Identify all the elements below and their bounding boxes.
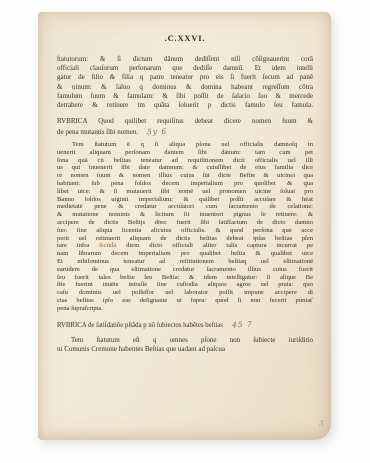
text-line: ſona quā cū beſtias teneatur ad requiſit… (57, 157, 313, 165)
text-line: Tem ſtatutum ē q ſi aliqua pſona uel off… (57, 141, 313, 149)
text-line: ctas beſtias ipſo eas deſignante ut ſupr… (57, 297, 313, 305)
text-line: re nomen ſuum & nomen illius cuius ſūt d… (57, 172, 313, 180)
text-line: libet uice: & ſi mutauerit ſibi nomē uel… (57, 188, 313, 196)
pencil-folio-number: 3 (319, 418, 324, 428)
text-line: & uinum: & ſaluo q dominus & domina habe… (57, 83, 313, 92)
text-line: detrahere & retinere tm quāta ſoluerit p… (57, 101, 313, 110)
text-line: ſeu fuerit tales beſtie ſeu Beſtia: & id… (57, 274, 313, 282)
page-heading: .C.XXVI. (57, 33, 313, 43)
text-line: uenerit aliquam perſonam dantem ſibi dān… (57, 149, 313, 157)
text-line: officiali clauſorum perſonarum que dediſ… (57, 64, 313, 73)
text-line: ſtie fuerint inuēte intraſſe ſine cuſtod… (57, 281, 313, 289)
paragraph-1: ſtatutorum: & ſi dictum dānum dediſſent … (57, 55, 313, 110)
text-line: nam librarum decem imperialium pro quali… (57, 250, 313, 258)
red-line-suffix: diem dicto officiali aliter talis captur… (116, 242, 313, 249)
ink-annotation-2: 45 7 (232, 320, 253, 330)
text-line: gatur de filio & filia q patre teneatur … (57, 73, 313, 82)
rubric-1: RVBRICA Quod quilibet requiſitus debeat … (57, 117, 313, 137)
paragraph-3: Tem ſtatutum eſt q omnes pſone non ſubie… (57, 336, 313, 354)
red-line-prefix: tare infra (57, 242, 99, 249)
text-line: ni Comunis Cremone habentes Beſtias que … (57, 345, 313, 354)
rubricated-word: ſecūdā (99, 242, 116, 249)
photo-backdrop: .C.XXVI. ſtatutorum: & ſi dictum dānum d… (0, 0, 370, 463)
text-line: & mutatione nominis & licitum ſit inuent… (57, 211, 313, 219)
text-line: ſuo: ſine aliqua licentia alicuius offic… (57, 227, 313, 235)
text-line: earūdem de qua eſtimatione credatur ſacr… (57, 266, 313, 274)
text-line: Et nihilominus teneatur ad reſtitutionem… (57, 258, 313, 266)
text-line: habitant: ſub pena ſoldos decem imperial… (57, 180, 313, 188)
text-line: perit uel retinuerit aliquam de dictis b… (57, 235, 313, 243)
book-page: .C.XXVI. ſtatutorum: & ſi dictum dānum d… (38, 12, 331, 440)
text-line: famulum ſuum & famulam: & ſibi poſſit de… (57, 92, 313, 101)
rubric-1-line-1: RVBRICA Quod quilibet requiſitus debeat … (57, 117, 313, 127)
text-line: accipere de dictis Beſtijs dōec fuerit ſ… (57, 219, 313, 227)
text-line: ſtatutorum: & ſi dictum dānum dediſſent … (57, 55, 313, 64)
text-line: medietatē pene & credatur accuſatori cum… (57, 203, 313, 211)
paragraph-2: Tem ſtatutum ē q ſi aliqua pſona uel off… (57, 141, 313, 313)
ink-annotation-1: 5y 6 (147, 126, 167, 136)
paragraph-2-lower: nam librarum decem imperialium pro quali… (57, 250, 313, 305)
rubricated-line: tare infra ſecūdā diem dicto officiali a… (57, 242, 313, 250)
text-line: us qui inuenerit ſibi dare damnum: & cui… (57, 164, 313, 172)
text-line: Banno ſoldos uiginti imperialium: & quil… (57, 196, 313, 204)
text-line: Tem ſtatutum eſt q omnes pſone non ſubie… (57, 336, 313, 345)
paragraph-2-last-line: pena ſupraſcripta. (57, 305, 313, 313)
paragraph-2-upper: Tem ſtatutum ē q ſi aliqua pſona uel off… (57, 141, 313, 242)
rubric-2-text: RVBRICA de ſatiſdatiōe pſtāda p nō ſubie… (57, 322, 223, 329)
rubric-1-line-2-text: de pena mutantis ſibi nomen. (57, 128, 138, 136)
rubric-1-line-2: de pena mutantis ſibi nomen.5y 6 (57, 127, 313, 138)
rubric-2: RVBRICA de ſatiſdatiōe pſtāda p nō ſubie… (57, 320, 313, 330)
text-line: caſu dominus uel poſſeſſor uel laborator… (57, 289, 313, 297)
